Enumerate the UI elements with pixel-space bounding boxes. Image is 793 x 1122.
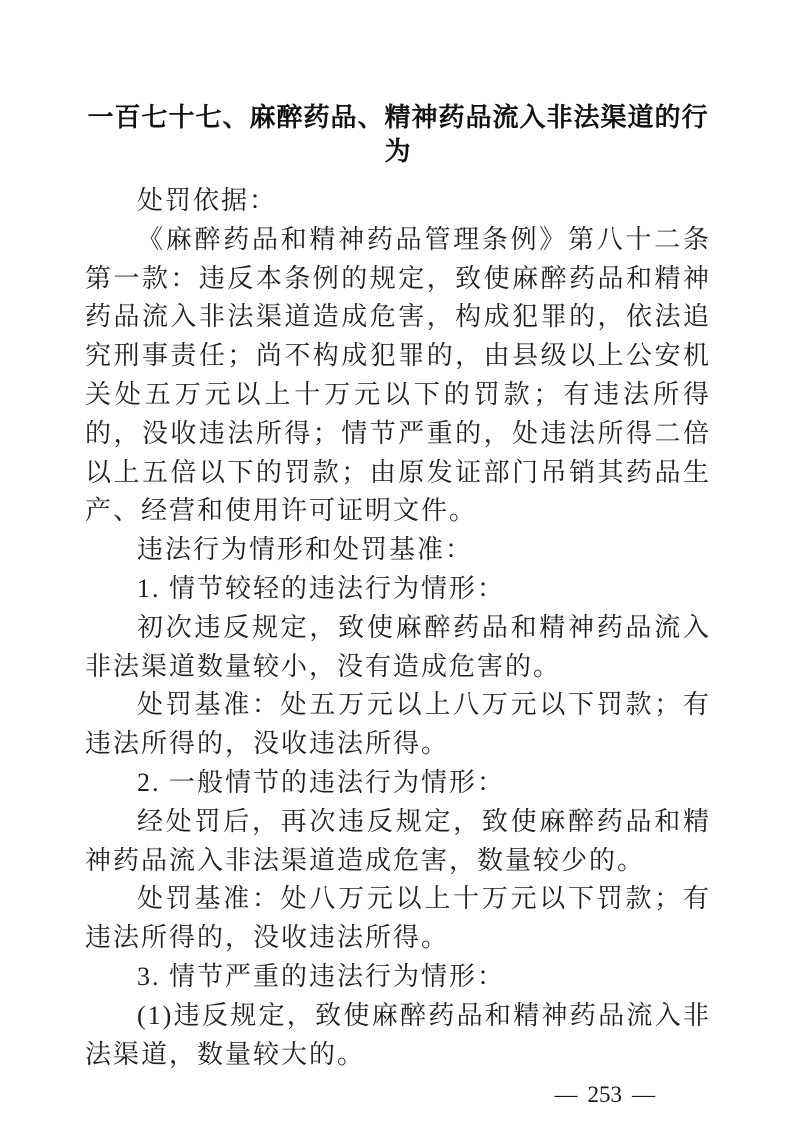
item-1-heading: 1. 情节较轻的违法行为情形： <box>85 570 711 609</box>
legal-basis-paragraph: 《麻醉药品和精神药品管理条例》第八十二条第一款：违反本条例的规定，致使麻醉药品和… <box>85 221 711 531</box>
document-page: 一百七十七、麻醉药品、精神药品流入非法渠道的行为 处罚依据： 《麻醉药品和精神药… <box>85 100 711 1114</box>
item-3-sub-1: (1)违反规定，致使麻醉药品和精神药品流入非法渠道，数量较大的。 <box>85 997 711 1075</box>
page-title: 一百七十七、麻醉药品、精神药品流入非法渠道的行为 <box>85 100 711 168</box>
item-2-heading: 2. 一般情节的违法行为情形： <box>85 764 711 803</box>
item-2-description: 经处罚后，再次违反规定，致使麻醉药品和精神药品流入非法渠道造成危害，数量较少的。 <box>85 803 711 881</box>
violation-standards-label: 违法行为情形和处罚基准： <box>85 531 711 570</box>
item-3-heading: 3. 情节严重的违法行为情形： <box>85 958 711 997</box>
page-number-left-dash: — <box>555 1076 578 1114</box>
item-2-penalty: 处罚基准：处八万元以上十万元以下罚款；有违法所得的，没收违法所得。 <box>85 880 711 958</box>
item-1-description: 初次违反规定，致使麻醉药品和精神药品流入非法渠道数量较小，没有造成危害的。 <box>85 609 711 687</box>
page-number: 253 <box>588 1082 623 1107</box>
page-footer: —253— <box>85 1076 711 1114</box>
item-1-penalty: 处罚基准：处五万元以上八万元以下罚款；有违法所得的，没收违法所得。 <box>85 686 711 764</box>
page-number-right-dash: — <box>632 1076 655 1114</box>
penalty-basis-label: 处罚依据： <box>85 182 711 221</box>
